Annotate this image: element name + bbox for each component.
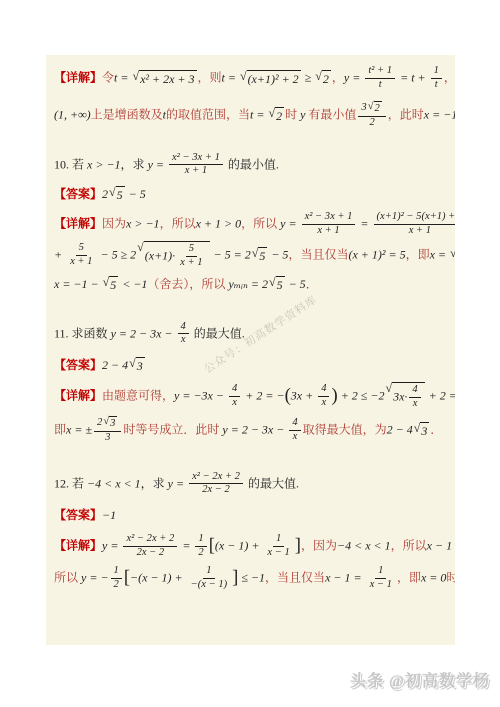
fraction-numerator: 1 <box>111 565 122 579</box>
text-segment: (x − 1) + <box>215 539 263 553</box>
fraction-denominator: 2x − 2 <box>199 484 233 497</box>
text-segment: y = −3x − <box>174 389 227 403</box>
detail-12-line-2: 所以 y = −12[−(x − 1) + 1−(x − 1)] ≤ −1，当且… <box>54 565 448 591</box>
fraction-denominator: x + 1 <box>314 225 342 238</box>
square-root: √2 <box>368 101 382 116</box>
detail-9-line-1: 【详解】令t = √x² + 2x + 3，则t = √(x+1)² + 2 ≥… <box>54 65 448 91</box>
text-segment: 3x· <box>393 390 407 404</box>
fraction-numerator: 1 <box>375 565 386 579</box>
text-segment: −(x − 1) + <box>130 571 186 585</box>
text-segment: 【答案】 <box>54 508 102 522</box>
text-segment: x − 1 = <box>325 571 365 585</box>
fraction: 12 <box>195 533 206 559</box>
text-segment: 【详解】 <box>54 71 102 85</box>
radical-sign: √ <box>240 70 247 87</box>
radicand: 3 <box>136 357 145 374</box>
text-segment: 时，等号成立． <box>446 571 455 585</box>
text-segment: （舍去），所以 <box>147 277 225 291</box>
text-segment: 12. 若 <box>54 476 84 490</box>
text-segment: yₘᵢₙ = 2 <box>225 277 268 291</box>
text-segment: y = 2 − 3x − <box>108 326 176 340</box>
answer-11: 【答案】2 − 4√3 <box>54 357 448 374</box>
radicand: 5 <box>276 276 285 293</box>
text-segment: 上是增函数及 <box>91 108 163 122</box>
radical-sign: √ <box>252 247 259 264</box>
square-root: √x² + 2x + 3 <box>132 70 196 87</box>
radical-sign: √ <box>450 247 455 264</box>
text-segment: 时等号成立．此时 <box>123 423 219 437</box>
fraction-denominator: −(x − 1) <box>188 579 231 592</box>
square-root: √5 <box>269 276 285 293</box>
fraction-numerator: 4 <box>229 383 240 397</box>
detail-12-line-1: 【详解】y = x² − 2x + 22x − 2 = 12[(x − 1) +… <box>54 533 448 559</box>
fraction: x² − 2x + 22x − 2 <box>123 533 177 559</box>
text-segment: ，即 <box>406 248 430 262</box>
text-segment: 【详解】 <box>54 389 102 403</box>
text-segment: y = − <box>78 571 109 585</box>
text-segment: 3x + <box>291 389 316 403</box>
text-segment: (x+1)· <box>145 249 175 263</box>
text-segment: ≥ <box>302 71 315 85</box>
fraction: (x+1)² − 5(x+1) + 5x + 1 <box>374 211 455 237</box>
text-segment: (1, +∞) <box>54 108 91 122</box>
text-segment: ，所以 <box>391 539 427 553</box>
radicand: 3 <box>420 422 429 439</box>
fraction-denominator: x + 1 <box>182 165 210 178</box>
fraction-denominator: x + 1 <box>406 225 434 238</box>
text-segment: + 2 ≤ −2 <box>338 389 385 403</box>
square-root: √5 <box>103 276 119 293</box>
radicand: 5 <box>109 276 118 293</box>
text-segment: ，则 <box>198 71 222 85</box>
text-segment: ． <box>430 423 442 437</box>
text-segment: t = <box>250 108 267 122</box>
fraction-denominator: x <box>290 431 301 444</box>
text-segment: < −1 <box>119 277 147 291</box>
text-segment: = <box>179 539 193 553</box>
text-segment: y = <box>145 157 167 171</box>
text-segment: t = <box>114 71 131 85</box>
text-segment: (x + 1)² = 5 <box>348 248 405 262</box>
fraction-denominator: 2 <box>366 117 377 130</box>
text-segment: 的最大值. <box>191 326 245 340</box>
radical-sign: √ <box>268 107 275 124</box>
square-root: √3x·4x <box>385 382 424 410</box>
text-segment: y = <box>165 476 187 490</box>
fraction-numerator: x² − 3x + 1 <box>302 211 356 225</box>
fraction: 1−(x − 1) <box>188 565 231 591</box>
text-segment: x = ± <box>66 423 92 437</box>
text-segment: 即 <box>54 423 66 437</box>
fraction: 2√33 <box>94 416 121 444</box>
worksheet-page: 【详解】令t = √x² + 2x + 3，则t = √(x+1)² + 2 ≥… <box>46 55 455 645</box>
fraction: t² + 1t <box>365 65 395 91</box>
fraction-numerator: 4 <box>318 383 329 397</box>
radicand: 2 <box>275 107 284 124</box>
text-segment: y = <box>277 217 299 231</box>
text-segment: 的最小值. <box>225 157 279 171</box>
text-segment: ， <box>332 71 344 85</box>
detail-10-line-3: x = −1 − √5 < −1（舍去），所以 yₘᵢₙ = 2√5 − 5． <box>54 276 448 293</box>
text-segment: 【详解】 <box>54 539 102 553</box>
fraction: 4x <box>318 383 329 409</box>
fraction: 3√22 <box>358 101 385 129</box>
text-segment: −4 < x < 1 <box>84 476 141 490</box>
text-segment: 【详解】 <box>54 217 102 231</box>
text-segment: 11. 求函数 <box>54 326 108 340</box>
radicand: (x+1)·5x + 1 <box>144 241 210 269</box>
square-root: √(x+1)² + 2 <box>240 70 301 87</box>
fraction-numerator: 3√2 <box>358 101 385 117</box>
text-segment: ． <box>306 277 318 291</box>
text-segment: x = 0 <box>421 571 446 585</box>
text-segment: 令 <box>102 71 114 85</box>
text-segment: 【答案】 <box>54 358 102 372</box>
text-segment: 【答案】 <box>54 187 102 201</box>
answer-10: 【答案】2√5 − 5 <box>54 186 448 203</box>
fraction: 5x + 1 <box>177 243 205 269</box>
fraction-numerator: x² − 2x + 2 <box>123 533 177 547</box>
document-screenshot: { "colors": { "page_bg": "#f7f4e4", "lab… <box>0 0 500 707</box>
fraction-numerator: x² − 3x + 1 <box>169 152 223 166</box>
fraction-numerator: x² − 2x + 2 <box>189 471 243 485</box>
radical-sign: √ <box>109 186 116 203</box>
square-root: √3 <box>103 416 117 431</box>
fraction: 1x − 1 <box>367 565 395 591</box>
fraction: 1t <box>431 65 442 91</box>
text-segment: ，因为 <box>301 539 337 553</box>
fraction-denominator: x <box>319 397 330 410</box>
fraction-numerator: 1 <box>273 533 284 547</box>
fraction-denominator: t <box>376 79 385 92</box>
radical-sign: √ <box>103 276 110 293</box>
problem-11-statement: 11. 求函数 y = 2 − 3x − 4x 的最大值. <box>54 321 448 347</box>
text-segment: 有最小值 <box>308 108 356 122</box>
detail-10-line-2: + 5x + 1 − 5 ≥ 2√(x+1)·5x + 1 − 5 = 2√5 … <box>54 241 448 269</box>
text-segment: y = <box>102 539 121 553</box>
radical-sign: √ <box>129 357 136 374</box>
answer-12: 【答案】−1 <box>54 507 448 523</box>
fraction: x² − 2x + 22x − 2 <box>189 471 243 497</box>
text-segment: 的最大值. <box>245 476 299 490</box>
text-segment: ，即 <box>397 571 421 585</box>
text-segment: y = <box>344 71 363 85</box>
square-root: √5 <box>252 247 268 264</box>
text-segment: y <box>297 108 308 122</box>
text-segment: x = −1 − <box>54 277 102 291</box>
text-segment: 2 − 4 <box>102 358 128 372</box>
text-segment: − 5 <box>268 248 288 262</box>
radicand: x² + 2x + 3 <box>139 70 196 87</box>
square-root: √(x+1)·5x + 1 <box>137 241 209 269</box>
detail-9-line-2: (1, +∞)上是增函数及t的取值范围，当t = √2时 y 有最小值3√22，… <box>54 101 448 129</box>
text-segment: ，求 <box>121 157 145 171</box>
fraction-numerator: 5 <box>186 243 197 257</box>
radicand: 3 <box>109 416 117 431</box>
text-segment: 所以 <box>54 571 78 585</box>
radicand: 2 <box>322 70 331 87</box>
text-segment: ，当且仅当 <box>265 571 325 585</box>
text-segment: 取得最大值，为 <box>303 423 387 437</box>
fraction: 4x <box>178 321 189 347</box>
text-segment: − 5 ≥ 2 <box>97 248 136 262</box>
text-segment: ，所以 <box>160 217 196 231</box>
detail-11-line-2: 即x = ±2√33时等号成立．此时 y = 2 − 3x − 4x取得最大值，… <box>54 416 448 444</box>
fraction-numerator: 1 <box>195 533 206 547</box>
fraction: 5x + 1 <box>67 242 95 268</box>
fraction-numerator: 4 <box>289 417 300 431</box>
text-segment: ≤ −1 <box>238 571 265 585</box>
fraction-numerator: t² + 1 <box>365 65 395 79</box>
radical-sign: √ <box>269 276 276 293</box>
fraction: 4x <box>409 384 420 410</box>
detail-10-line-1: 【详解】因为x > −1，所以x + 1 > 0，所以 y = x² − 3x … <box>54 211 448 237</box>
radicand: 2 <box>374 101 382 116</box>
text-segment: ，此时 <box>388 108 424 122</box>
text-segment: − 5 <box>126 187 146 201</box>
text-segment: + 2 = −4 <box>426 389 455 403</box>
text-segment: x > −1 <box>126 217 160 231</box>
fraction-denominator: 2 <box>111 579 122 592</box>
text-segment: x > −1 <box>84 157 121 171</box>
fraction: x² − 3x + 1x + 1 <box>302 211 356 237</box>
text-segment: ，当且仅当 <box>288 248 348 262</box>
text-segment: + 2 = − <box>242 389 284 403</box>
fraction-denominator: x + 1 <box>67 256 95 269</box>
fraction-numerator: 1 <box>203 565 214 579</box>
radical-sign: √ <box>132 70 139 87</box>
problem-10-statement: 10. 若 x > −1，求 y = x² − 3x + 1x + 1 的最小值… <box>54 152 448 178</box>
text-segment: x − 1 < 0, −(x − 1) > 0 <box>427 539 455 553</box>
text-segment: + <box>54 248 65 262</box>
radical-sign: √ <box>137 241 144 269</box>
fraction-numerator: 4 <box>178 321 189 335</box>
text-segment: − 5 = 2 <box>211 248 251 262</box>
text-segment: x + 1 > 0 <box>196 217 242 231</box>
text-segment: 的取值范围，当 <box>166 108 250 122</box>
fraction: 1x − 1 <box>264 533 292 559</box>
radical-sign: √ <box>414 422 421 439</box>
radical-sign: √ <box>385 382 392 410</box>
square-root: √3 <box>129 357 145 374</box>
text-segment: t = <box>222 71 239 85</box>
text-segment: x = −1 <box>424 108 455 122</box>
text-segment: ，所以 <box>241 217 277 231</box>
square-root: √2 <box>315 70 331 87</box>
credit-watermark: 头条 @初高数学杨 <box>350 668 490 691</box>
fraction-numerator: 5 <box>76 242 87 256</box>
fraction-denominator: 3 <box>102 432 113 445</box>
square-root: √5 <box>109 186 125 203</box>
text-segment: 2 <box>97 417 102 428</box>
text-segment: 因为 <box>102 217 126 231</box>
square-root: √5 <box>450 247 455 264</box>
fraction-numerator: 2√3 <box>94 416 121 432</box>
text-segment: 2 − 4 <box>387 423 413 437</box>
text-segment: −1 <box>102 508 116 522</box>
text-segment: ，求 <box>141 476 165 490</box>
fraction-denominator: x <box>229 397 240 410</box>
fraction-denominator: x + 1 <box>177 257 205 270</box>
text-segment: 由题意可得， <box>102 389 174 403</box>
detail-11-line-1: 【详解】由题意可得，y = −3x − 4x + 2 = −(3x + 4x) … <box>54 382 448 410</box>
fraction: 4x <box>229 383 240 409</box>
text-segment: 3 <box>361 102 366 113</box>
radicand: 5 <box>116 186 125 203</box>
fraction: 4x <box>289 417 300 443</box>
fraction-denominator: x <box>178 334 189 347</box>
fraction-denominator: x − 1 <box>264 547 292 560</box>
text-segment: x = <box>430 248 449 262</box>
fraction: 12 <box>111 565 122 591</box>
fraction-numerator: 1 <box>431 65 442 79</box>
fraction-denominator: 2 <box>195 547 206 560</box>
radicand: (x+1)² + 2 <box>247 70 301 87</box>
text-segment: 时 <box>285 108 297 122</box>
radicand: 5 <box>258 247 267 264</box>
radicand: 3x·4x <box>392 382 425 410</box>
fraction-denominator: 2x − 2 <box>134 547 168 560</box>
text-segment: ，根据对勾函数 <box>444 71 455 85</box>
text-segment: = t + <box>397 71 429 85</box>
fraction-numerator: 4 <box>409 384 420 398</box>
text-segment: 2 <box>102 187 108 201</box>
fraction-denominator: x − 1 <box>367 579 395 592</box>
text-segment: −4 < x < 1 <box>337 539 391 553</box>
text-segment: − 5 <box>286 277 306 291</box>
fraction-denominator: x <box>410 398 421 411</box>
text-segment: 10. 若 <box>54 157 84 171</box>
fraction-numerator: (x+1)² − 5(x+1) + 5 <box>374 211 455 225</box>
problem-12-statement: 12. 若 −4 < x < 1，求 y = x² − 2x + 22x − 2… <box>54 471 448 497</box>
fraction: x² − 3x + 1x + 1 <box>169 152 223 178</box>
radical-sign: √ <box>315 70 322 87</box>
text-segment: = <box>357 217 371 231</box>
square-root: √3 <box>414 422 430 439</box>
text-segment: y = 2 − 3x − <box>219 423 287 437</box>
square-root: √2 <box>268 107 284 124</box>
fraction-denominator: t <box>432 79 441 92</box>
